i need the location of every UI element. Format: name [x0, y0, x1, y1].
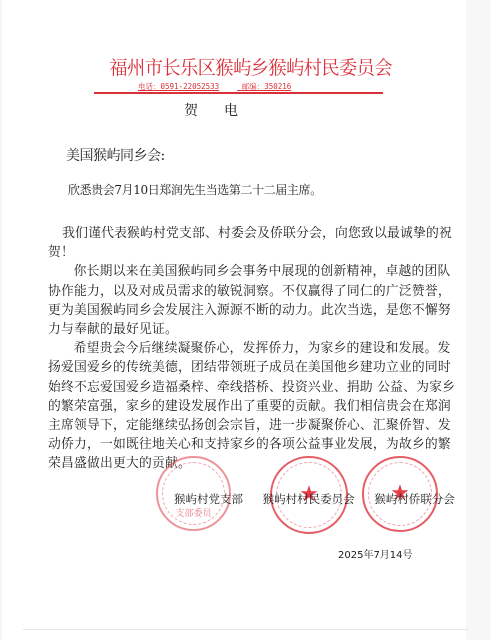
body-paragraph: 你长期以来在美国猴屿同乡会事务中展现的创新精神，卓越的团队协作能力，以及对成员需…	[48, 262, 460, 339]
letterhead-phone: 电话：0591-22052533	[138, 82, 219, 91]
seal-bottom-text: 支部委员	[175, 506, 211, 519]
letter-body: 我们谨代表猴屿村党支部、村委会及侨联分会，向您致以最诚挚的祝贺！ 你长期以来在美…	[48, 224, 460, 474]
document-title: 贺电	[184, 100, 264, 120]
signature-date: 2025年7月14号	[338, 546, 413, 561]
intro-line: 欣悉贵会7月10日郑润先生当选第二十二届主席。	[68, 181, 322, 198]
letterhead-red-rule	[94, 92, 383, 94]
signatory-party-branch: 猴屿村党支部	[174, 492, 243, 506]
signatories: 猴屿村党支部 猴屿村村民委员会 猴屿村侨联分会	[174, 491, 471, 507]
letterhead-organization: 福州市长乐区猴屿乡猴屿村民委员会	[109, 57, 366, 79]
signatory-village-committee: 猴屿村村民委员会	[263, 492, 355, 506]
page-bottom-rule	[23, 629, 468, 630]
letterhead-contact: 电话：0591-22052533 邮编：350216	[138, 82, 309, 91]
body-paragraph: 我们谨代表猴屿村党支部、村委会及侨联分会，向您致以最诚挚的祝贺！	[48, 224, 460, 262]
signatory-overseas-association: 猴屿村侨联分会	[374, 492, 455, 506]
letterhead-postcode: 邮编：350216	[242, 82, 292, 91]
salutation: 美国猴屿同乡会:	[66, 145, 165, 165]
body-paragraph: 希望贵会今后继续凝聚侨心，发挥侨力，为家乡的建设和发展。发扬爱国爱乡的传统美德，…	[48, 339, 460, 473]
